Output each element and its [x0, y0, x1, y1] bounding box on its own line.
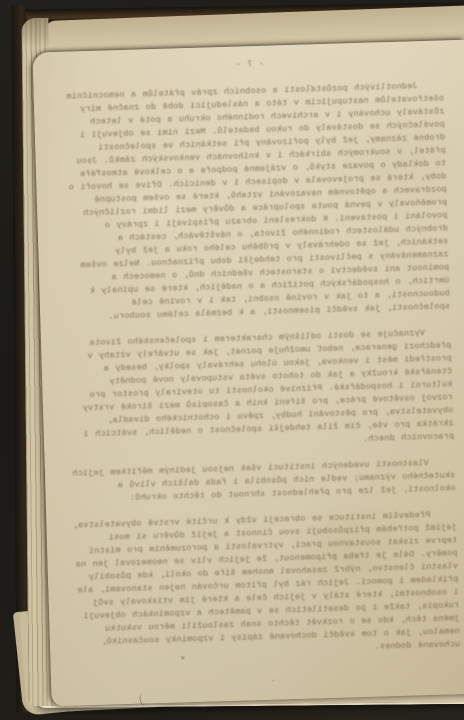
bleedthrough-paragraph: Vyznačuje se dosti odlišným charakterem …	[65, 326, 454, 454]
photographed-book-scene: - 7 - Jednotlivých pozůstalostí a osobní…	[0, 0, 464, 720]
bleedthrough-paragraph: Především instituce se obracejí vždy k u…	[70, 508, 460, 662]
paper-speck-dot: ·	[271, 678, 275, 685]
bleedthrough-paragraph: Jednotlivých pozůstalostí a osobních zpr…	[58, 79, 451, 324]
blank-book-page: - 7 - Jednotlivých pozůstalostí a osobní…	[32, 40, 464, 707]
bleedthrough-page-number: - 7 -	[57, 52, 443, 76]
bleedthrough-paragraph: Vlastnosti uvedených institucí však nejs…	[69, 456, 456, 506]
bleedthrough-text-layer: - 7 - Jednotlivých pozůstalostí a osobní…	[57, 52, 461, 675]
paper-speck-cross: ×	[180, 654, 185, 661]
